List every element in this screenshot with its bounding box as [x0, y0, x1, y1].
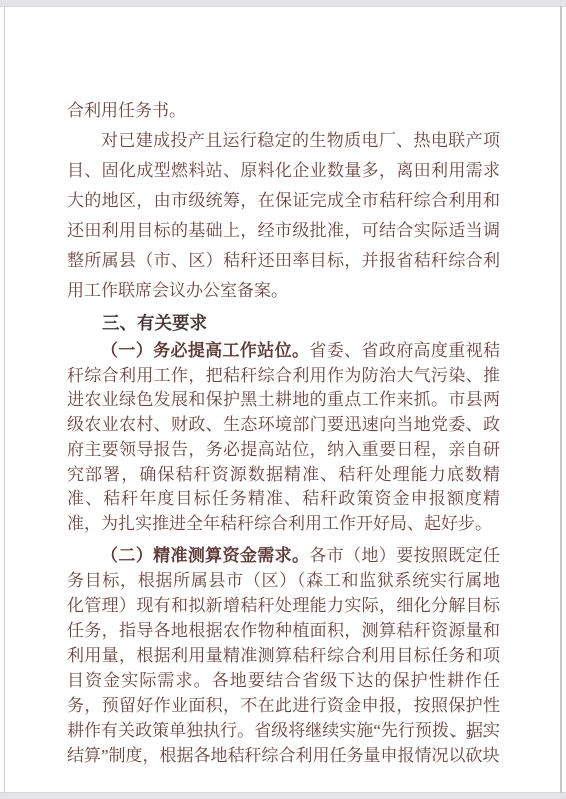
- scan-border-bottom: [0, 792, 566, 799]
- item-1-lead: （一）务必提高工作站位。: [101, 341, 309, 360]
- paragraph-continuation: 合利用任务书。: [67, 96, 500, 126]
- page-edge-left: [4, 6, 5, 793]
- document-body: 合利用任务书。 对已建成投产且运行稳定的生物质电厂、热电联产项目、固化成型燃料站…: [67, 96, 500, 768]
- item-1-text: 省委、省政府高度重视秸秆综合利用工作，把秸秆综合利用作为防治大气污染、推进农业绿…: [67, 341, 500, 533]
- item-paragraph-2: （二）精准测算资金需求。各市（地）要按照既定任务目标，根据所属县市（区）（森工和…: [67, 543, 500, 768]
- page-number: - 5 -: [452, 728, 490, 744]
- item-2-lead: （二）精准测算资金需求。: [101, 546, 309, 565]
- page-edge-right: [560, 6, 562, 793]
- paragraph-1: 对已建成投产且运行稳定的生物质电厂、热电联产项目、固化成型燃料站、原料化企业数量…: [67, 126, 500, 306]
- section-heading-3: 三、有关要求: [67, 309, 500, 337]
- item-2-text: 各市（地）要按照既定任务目标，根据所属县市（区）（森工和监狱系统实行属地化管理）…: [67, 546, 500, 765]
- scan-border-top: [0, 0, 566, 7]
- item-paragraph-1: （一）务必提高工作站位。省委、省政府高度重视秸秆综合利用工作，把秸秆综合利用作为…: [67, 339, 500, 537]
- scanned-document-page: { "document": { "body": { "para_continua…: [0, 0, 566, 799]
